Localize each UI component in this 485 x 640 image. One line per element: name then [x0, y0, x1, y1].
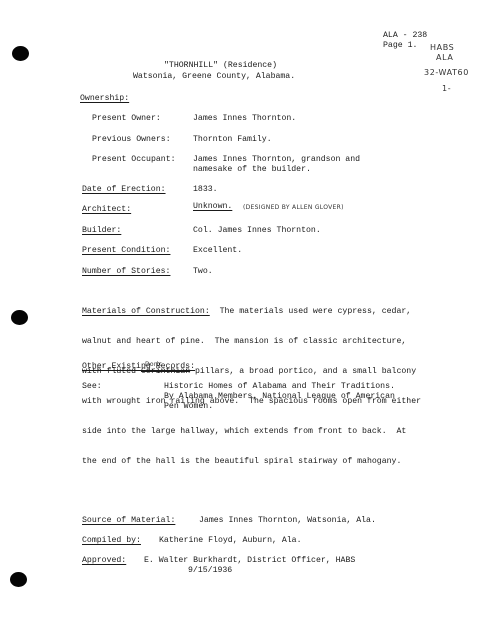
- present-owner-value: James Innes Thornton.: [193, 114, 296, 124]
- present-occupant-value-cont: namesake of the builder.: [193, 165, 311, 175]
- records-line-2: By Alabama Members, National League of A…: [164, 392, 395, 402]
- present-owner-label: Present Owner:: [92, 114, 161, 124]
- stories-value: Two.: [193, 267, 213, 277]
- materials-line-2: walnut and heart of pine. The mansion is…: [82, 337, 421, 347]
- stories-label: Number of Stories:: [82, 267, 170, 277]
- present-occupant-label: Present Occupant:: [92, 155, 176, 165]
- architect-annotation: (DESIGNED BY ALLEN GLOVER): [243, 203, 344, 213]
- handwritten-habs: HABS: [430, 43, 454, 53]
- records-line-1: Historic Homes of Alabama and Their Trad…: [164, 382, 395, 392]
- previous-owners-value: Thornton Family.: [193, 135, 272, 145]
- page-number: Page 1.: [383, 41, 417, 51]
- approved-date: 9/15/1936: [188, 566, 232, 576]
- ownership-heading: Ownership:: [80, 94, 129, 104]
- punch-hole-middle: [11, 310, 28, 325]
- compiled-value: Katherine Floyd, Auburn, Ala.: [159, 536, 302, 546]
- date-of-erection-value: 1833.: [193, 185, 218, 195]
- compiled-label: Compiled by:: [82, 536, 141, 546]
- source-value: James Innes Thornton, Watsonia, Ala.: [199, 516, 376, 526]
- approved-value: E. Walter Burkhardt, District Officer, H…: [144, 556, 355, 566]
- builder-label: Builder:: [82, 226, 121, 236]
- materials-line-5: side into the large hallway, which exten…: [82, 427, 421, 437]
- present-occupant-value: James Innes Thornton, grandson and: [193, 155, 360, 165]
- approved-label: Approved:: [82, 556, 126, 566]
- architect-label: Architect:: [82, 205, 131, 215]
- records-line-3: Pen Women.: [164, 402, 213, 412]
- materials-label: Materials of Construction:: [82, 307, 210, 316]
- ref-number: ALA - 238: [383, 31, 427, 41]
- condition-label: Present Condition:: [82, 246, 170, 256]
- materials-line-1: Materials of Construction: The materials…: [82, 307, 421, 317]
- document-title: "THORNHILL" (Residence): [164, 61, 277, 71]
- records-see-label: See:: [82, 382, 102, 392]
- architect-value: Unknown.: [193, 202, 232, 212]
- handwritten-sheet: 1-: [442, 84, 451, 94]
- builder-value: Col. James Innes Thornton.: [193, 226, 321, 236]
- condition-value: Excellent.: [193, 246, 242, 256]
- punch-hole-top: [12, 46, 29, 61]
- punch-hole-bottom: [10, 572, 27, 587]
- source-label: Source of Material:: [82, 516, 175, 526]
- handwritten-catalog: 32-WAT60: [424, 68, 469, 78]
- previous-owners-label: Previous Owners:: [92, 135, 171, 145]
- materials-line-6: the end of the hall is the beautiful spi…: [82, 457, 421, 467]
- handwritten-ala: ALA: [436, 53, 453, 63]
- document-location: Watsonia, Greene County, Alabama.: [133, 72, 295, 82]
- records-heading: Other Existing Records:: [82, 362, 195, 372]
- date-of-erection-label: Date of Erection:: [82, 185, 166, 195]
